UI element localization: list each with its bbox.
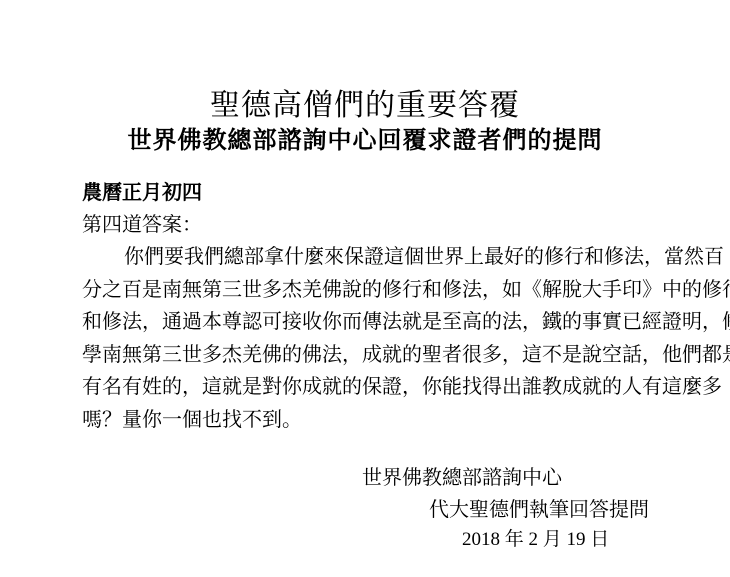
paragraph-line: 有名有姓的，這就是對你成就的保證，你能找得出誰教成就的人有這麼多 bbox=[82, 371, 648, 404]
paragraph-line: 嗎？量你一個也找不到。 bbox=[82, 404, 648, 437]
signature-date: 2018 年 2 月 19 日 bbox=[462, 524, 609, 551]
paragraph-line: 和修法，通過本尊認可接收你而傳法就是至高的法，鐵的事實已經證明，修 bbox=[82, 306, 648, 339]
answer-paragraph: 你們要我們總部拿什麼來保證這個世界上最好的修行和修法，當然百 分之百是南無第三世… bbox=[82, 241, 648, 437]
signature-line: 代大聖德們執筆回答提問 bbox=[429, 493, 649, 522]
document-subtitle: 世界佛教總部諮詢中心回覆求證者們的提問 bbox=[0, 120, 730, 155]
signature-organization: 世界佛教總部諮詢中心 bbox=[362, 461, 562, 490]
document-page: 聖德高僧們的重要答覆 世界佛教總部諮詢中心回覆求證者們的提問 農曆正月初四 第四… bbox=[0, 0, 730, 577]
document-title: 聖德高僧們的重要答覆 bbox=[0, 80, 730, 124]
paragraph-line: 你們要我們總部拿什麼來保證這個世界上最好的修行和修法，當然百 bbox=[82, 241, 648, 274]
paragraph-line: 學南無第三世多杰羌佛的佛法，成就的聖者很多，這不是說空話，他們都是 bbox=[82, 339, 648, 372]
paragraph-line: 分之百是南無第三世多杰羌佛說的修行和修法，如《解脫大手印》中的修行 bbox=[82, 274, 648, 307]
lunar-date-heading: 農曆正月初四 bbox=[82, 176, 202, 205]
answer-number-label: 第四道答案： bbox=[82, 208, 202, 237]
